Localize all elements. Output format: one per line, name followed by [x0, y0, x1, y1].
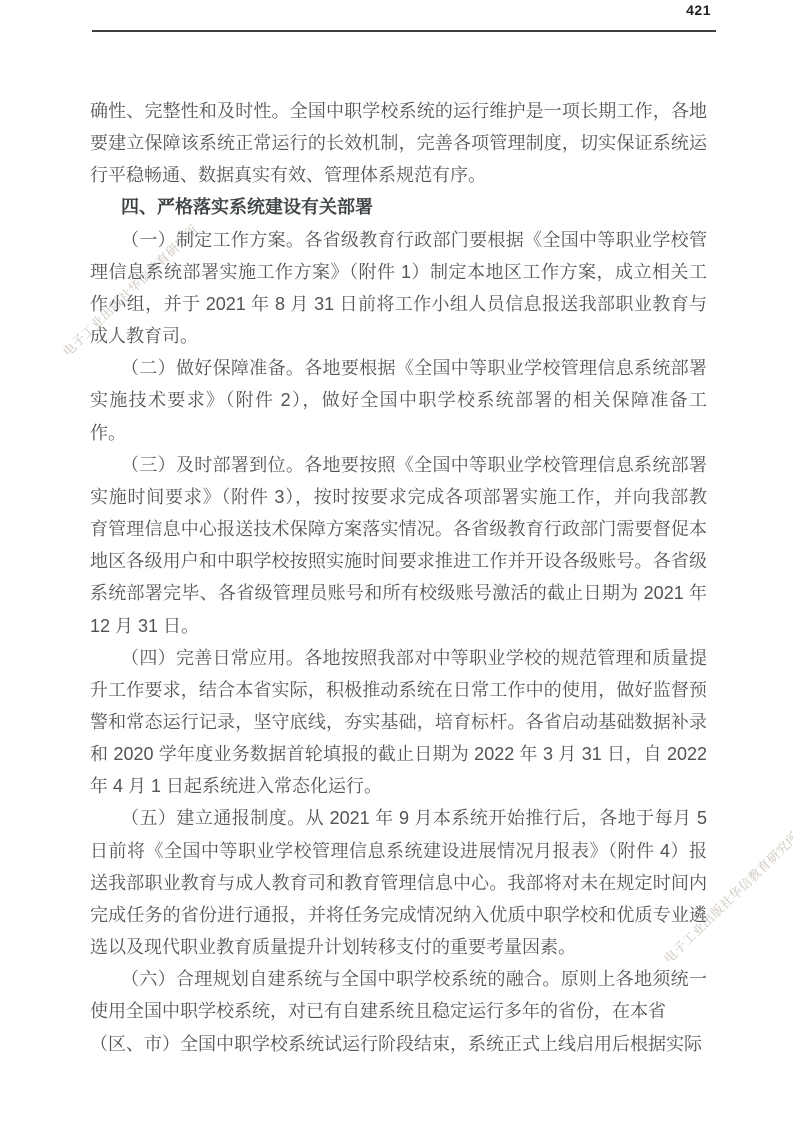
text-line: （二）做好保障准备。各地要根据《全国中等职业学校管理信息系统部署	[90, 352, 707, 384]
text-line: 12 月 31 日。	[90, 610, 707, 642]
text-line: 完成任务的省份进行通报，并将任务完成情况纳入优质中职学校和优质专业遴	[90, 899, 707, 931]
text-line: 日前将《全国中等职业学校管理信息系统建设进展情况月报表》（附件 4）报	[90, 835, 707, 867]
section-heading: 四、严格落实系统建设有关部署	[90, 191, 707, 223]
header-rule	[92, 30, 716, 32]
text-line: （三）及时部署到位。各地要按照《全国中等职业学校管理信息系统部署	[90, 449, 707, 481]
text-line: 和 2020 学年度业务数据首轮填报的截止日期为 2022 年 3 月 31 日…	[90, 738, 707, 770]
text-line: 年 4 月 1 日起系统进入常态化运行。	[90, 770, 707, 802]
text-line: 升工作要求，结合本省实际，积极推动系统在日常工作中的使用，做好监督预	[90, 674, 707, 706]
text-line: 系统部署完毕、各省级管理员账号和所有校级账号激活的截止日期为 2021 年	[90, 577, 707, 609]
text-line: （六）合理规划自建系统与全国中职学校系统的融合。原则上各地须统一	[90, 963, 707, 995]
text-line: （一）制定工作方案。各省级教育行政部门要根据《全国中等职业学校管	[90, 224, 707, 256]
text-line: 作。	[90, 417, 707, 449]
text-line: 送我部职业教育与成人教育司和教育管理信息中心。我部将对未在规定时间内	[90, 867, 707, 899]
text-line: 地区各级用户和中职学校按照实施时间要求推进工作并开设各级账号。各省级	[90, 545, 707, 577]
text-line: 实施时间要求》（附件 3），按时按要求完成各项部署实施工作，并向我部教	[90, 481, 707, 513]
text-line: 行平稳畅通、数据真实有效、管理体系规范有序。	[90, 159, 707, 191]
document-page: 421 电子工业出版社华信教育研究所 电子工业出版社华信教育研究所 确性、完整性…	[0, 0, 793, 1122]
text-line: 使用全国中职学校系统，对已有自建系统且稳定运行多年的省份，在本省	[90, 995, 707, 1027]
text-line: （五）建立通报制度。从 2021 年 9 月本系统开始推行后，各地于每月 5	[90, 802, 707, 834]
text-line: 选以及现代职业教育质量提升计划转移支付的重要考量因素。	[90, 931, 707, 963]
page-number: 421	[686, 2, 711, 18]
text-line: （四）完善日常应用。各地按照我部对中等职业学校的规范管理和质量提	[90, 642, 707, 674]
text-line: 理信息系统部署实施工作方案》（附件 1）制定本地区工作方案，成立相关工	[90, 256, 707, 288]
document-body: 确性、完整性和及时性。全国中职学校系统的运行维护是一项长期工作，各地要建立保障该…	[90, 95, 707, 1060]
text-line: 作小组，并于 2021 年 8 月 31 日前将工作小组人员信息报送我部职业教育…	[90, 288, 707, 320]
text-line: 警和常态运行记录，坚守底线，夯实基础，培育标杆。各省启动基础数据补录	[90, 706, 707, 738]
text-line: 要建立保障该系统正常运行的长效机制，完善各项管理制度，切实保证系统运	[90, 127, 707, 159]
text-line: 育管理信息中心报送技术保障方案落实情况。各省级教育行政部门需要督促本	[90, 513, 707, 545]
text-line: 实施技术要求》（附件 2），做好全国中职学校系统部署的相关保障准备工	[90, 384, 707, 416]
text-line: 确性、完整性和及时性。全国中职学校系统的运行维护是一项长期工作，各地	[90, 95, 707, 127]
text-line: 成人教育司。	[90, 320, 707, 352]
text-line: （区、市）全国中职学校系统试运行阶段结束，系统正式上线启用后根据实际	[90, 1028, 707, 1060]
